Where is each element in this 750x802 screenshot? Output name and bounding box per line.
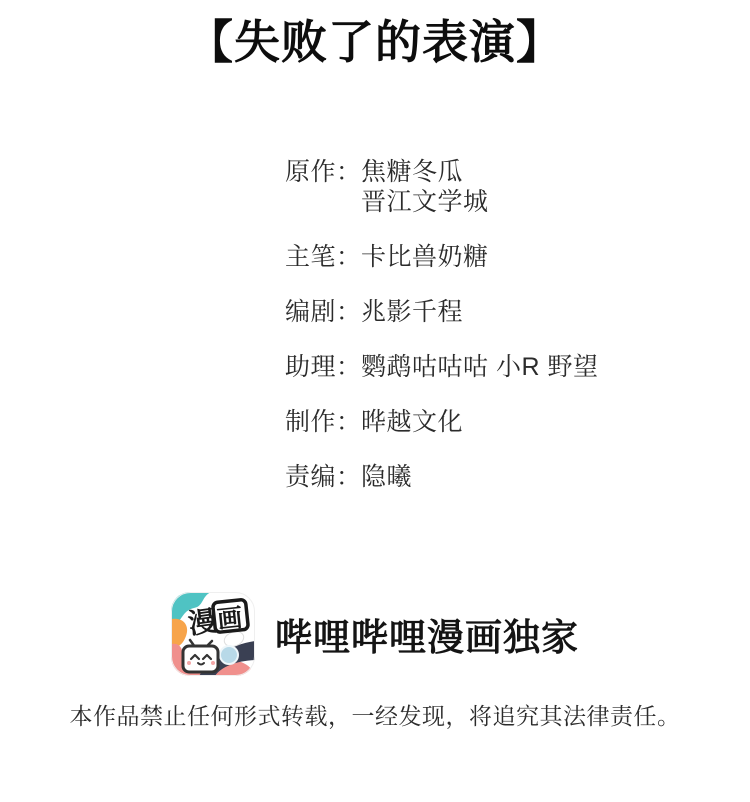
credit-label: 编剧： [285,297,361,327]
credit-row-editor: 责编： 隐曦 [285,462,598,492]
credit-value: 兆影千程 [361,297,463,327]
credits-list: 原作： 焦糖冬瓜 晋江文学城 主笔： 卡比兽奶糖 编剧： 兆影千程 助理： 鹦鹉… [285,157,598,517]
credit-row-lead-artist: 主笔： 卡比兽奶糖 [285,242,598,272]
credit-row-original-author: 原作： 焦糖冬瓜 晋江文学城 [285,157,598,217]
tv-mascot-icon [183,640,218,672]
credit-label: 责编： [285,462,361,492]
page-title: 【失败了的表演】 [0,6,750,72]
bilibili-comics-app-icon: 漫 画 [171,592,255,676]
credit-row-screenwriter: 编剧： 兆影千程 [285,297,598,327]
credit-value-line: 焦糖冬瓜 [361,157,489,187]
copyright-disclaimer: 本作品禁止任何形式转载，一经发现，将追究其法律责任。 [0,698,750,731]
icon-char-man: 漫 [186,605,218,640]
credit-label: 原作： [285,157,361,187]
credit-label: 制作： [285,407,361,437]
credit-label: 主笔： [285,242,361,272]
credit-value: 晔越文化 [361,407,463,437]
credit-row-assistants: 助理： 鹦鹉咕咕咕 小R 野望 [285,352,598,382]
credit-label: 助理： [285,352,361,382]
credit-value: 焦糖冬瓜 晋江文学城 [361,157,489,217]
credit-value: 隐曦 [361,462,412,492]
credit-value: 卡比兽奶糖 [361,242,489,272]
comic-credits-page: 【失败了的表演】 原作： 焦糖冬瓜 晋江文学城 主笔： 卡比兽奶糖 编剧： 兆影… [0,0,750,802]
credit-value-line: 晋江文学城 [361,187,489,217]
credit-value: 鹦鹉咕咕咕 小R 野望 [361,352,598,382]
publisher-row: 漫 画 哔哩哔哩漫画独家 [0,592,750,676]
exclusive-label: 哔哩哔哩漫画独家 [275,607,579,661]
icon-char-hua: 画 [216,604,244,634]
credit-row-production: 制作： 晔越文化 [285,407,598,437]
